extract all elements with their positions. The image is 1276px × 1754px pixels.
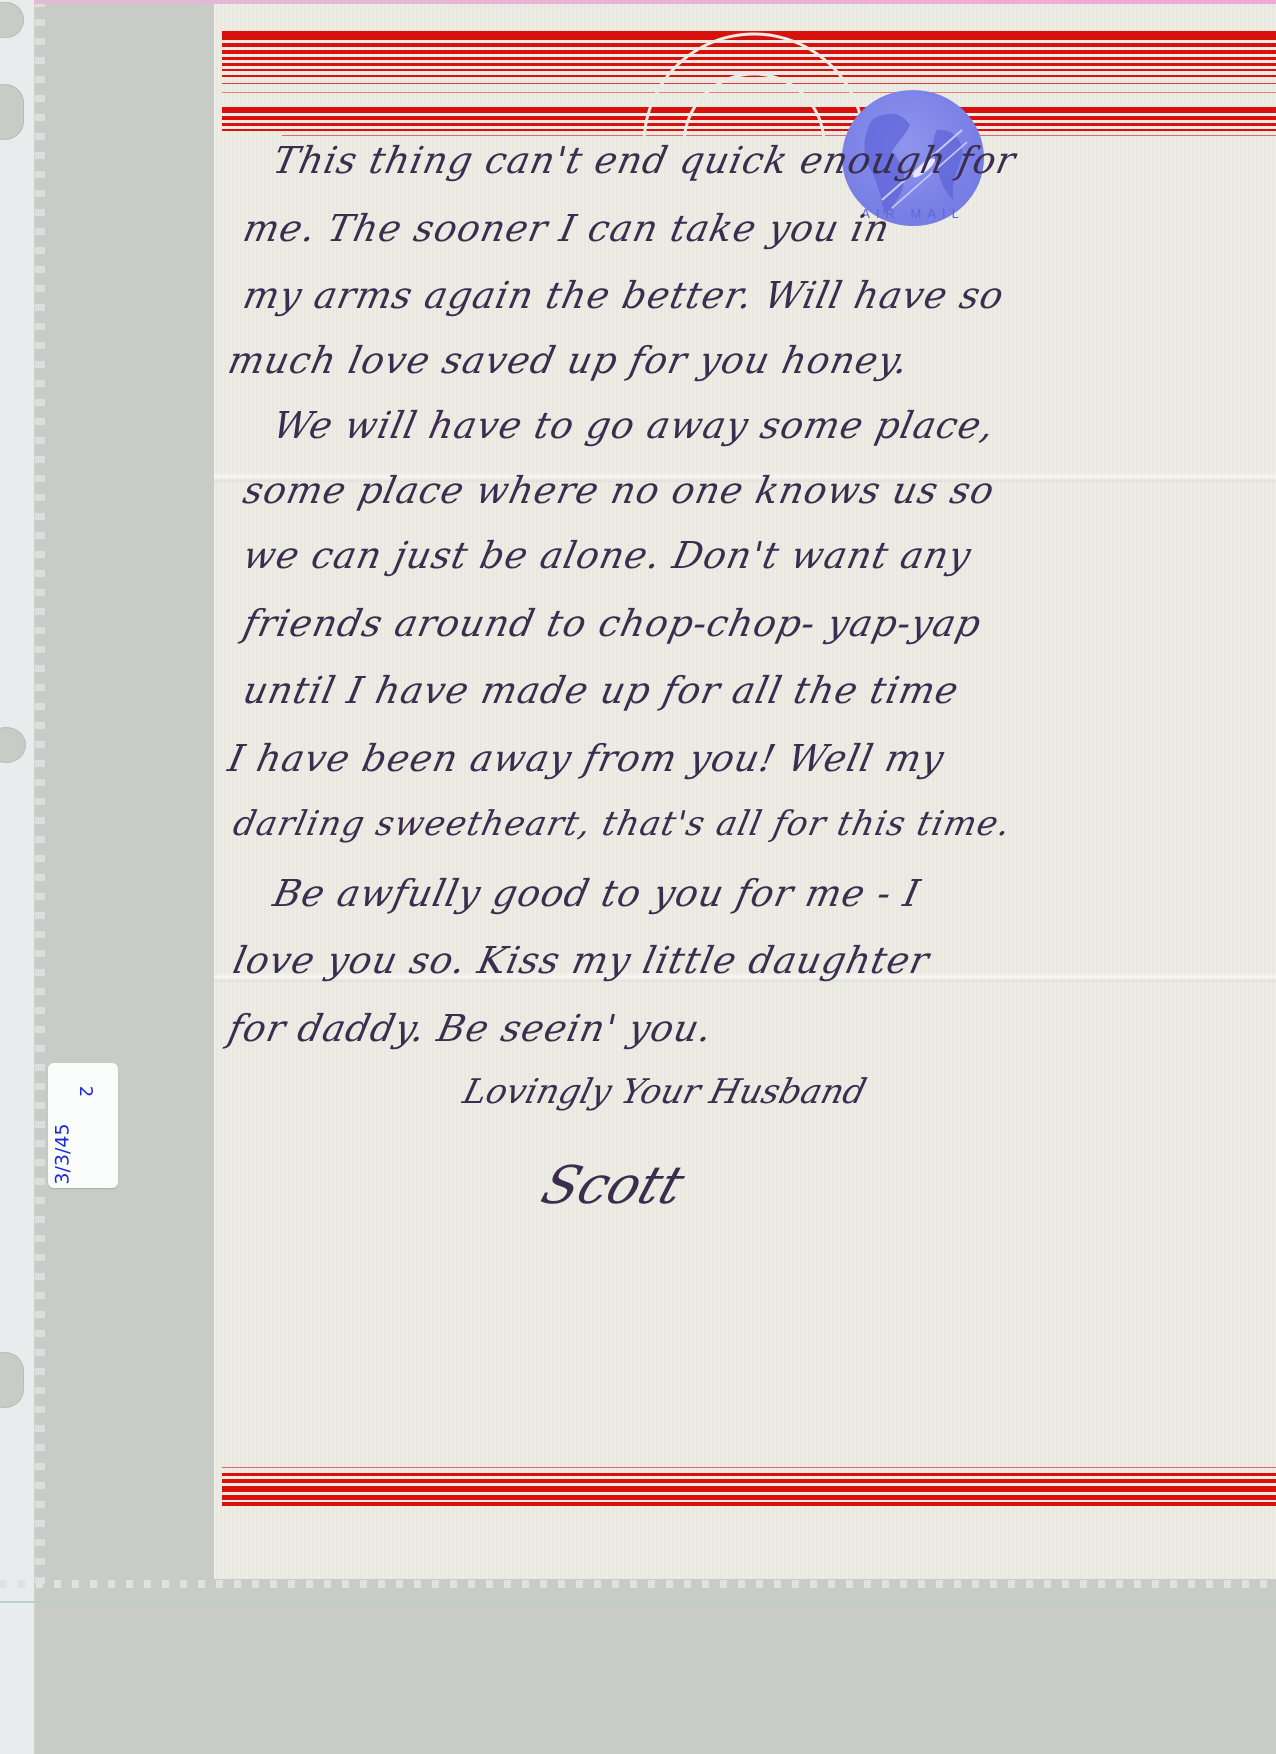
letter-signature: Scott — [534, 1156, 691, 1216]
letter-line: This thing can't end quick enough for — [269, 139, 1020, 182]
letter-line: love you so. Kiss my little daughter — [229, 939, 933, 982]
letter-line: for daddy. Be seein' you. — [224, 1007, 716, 1050]
sleeve-perforation-bottom — [0, 1580, 1276, 1588]
letter-line: I have been away from you! Well my — [224, 737, 948, 780]
letter-line: me. The sooner I can take you in — [239, 207, 894, 250]
binder-hole — [0, 1352, 24, 1408]
letter-line: darling sweetheart, that's all for this … — [230, 804, 1015, 844]
tag-date: 3/3/45 — [52, 1123, 74, 1184]
sleeve-perforation — [35, 0, 45, 1595]
letter-closing: Lovingly Your Husband — [459, 1072, 870, 1112]
binder-hole — [0, 727, 26, 763]
binder-hole — [0, 2, 24, 38]
archival-tag: 2 3/3/45 — [48, 1063, 118, 1188]
letter-line: some place where no one knows us so — [239, 469, 998, 512]
letter-line: my arms again the better. Will have so — [239, 274, 1008, 317]
letter-page: AIR MAIL This thing can't end quick enou… — [214, 4, 1276, 1579]
letter-line: we can just be alone. Don't want any — [239, 534, 975, 577]
letter-line: We will have to go away some place, — [269, 404, 998, 447]
letter-line: much love saved up for you honey. — [224, 339, 912, 382]
tag-page-number: 2 — [75, 1086, 96, 1097]
letter-line: until I have made up for all the time — [239, 669, 963, 712]
binder-strip — [0, 0, 35, 1754]
letter-line: friends around to chop-chop- yap-yap — [239, 602, 985, 645]
binder-hole — [0, 84, 24, 140]
sleeve-bottom-edge — [0, 1601, 1276, 1603]
letter-line: Be awfully good to you for me - I — [269, 872, 924, 915]
